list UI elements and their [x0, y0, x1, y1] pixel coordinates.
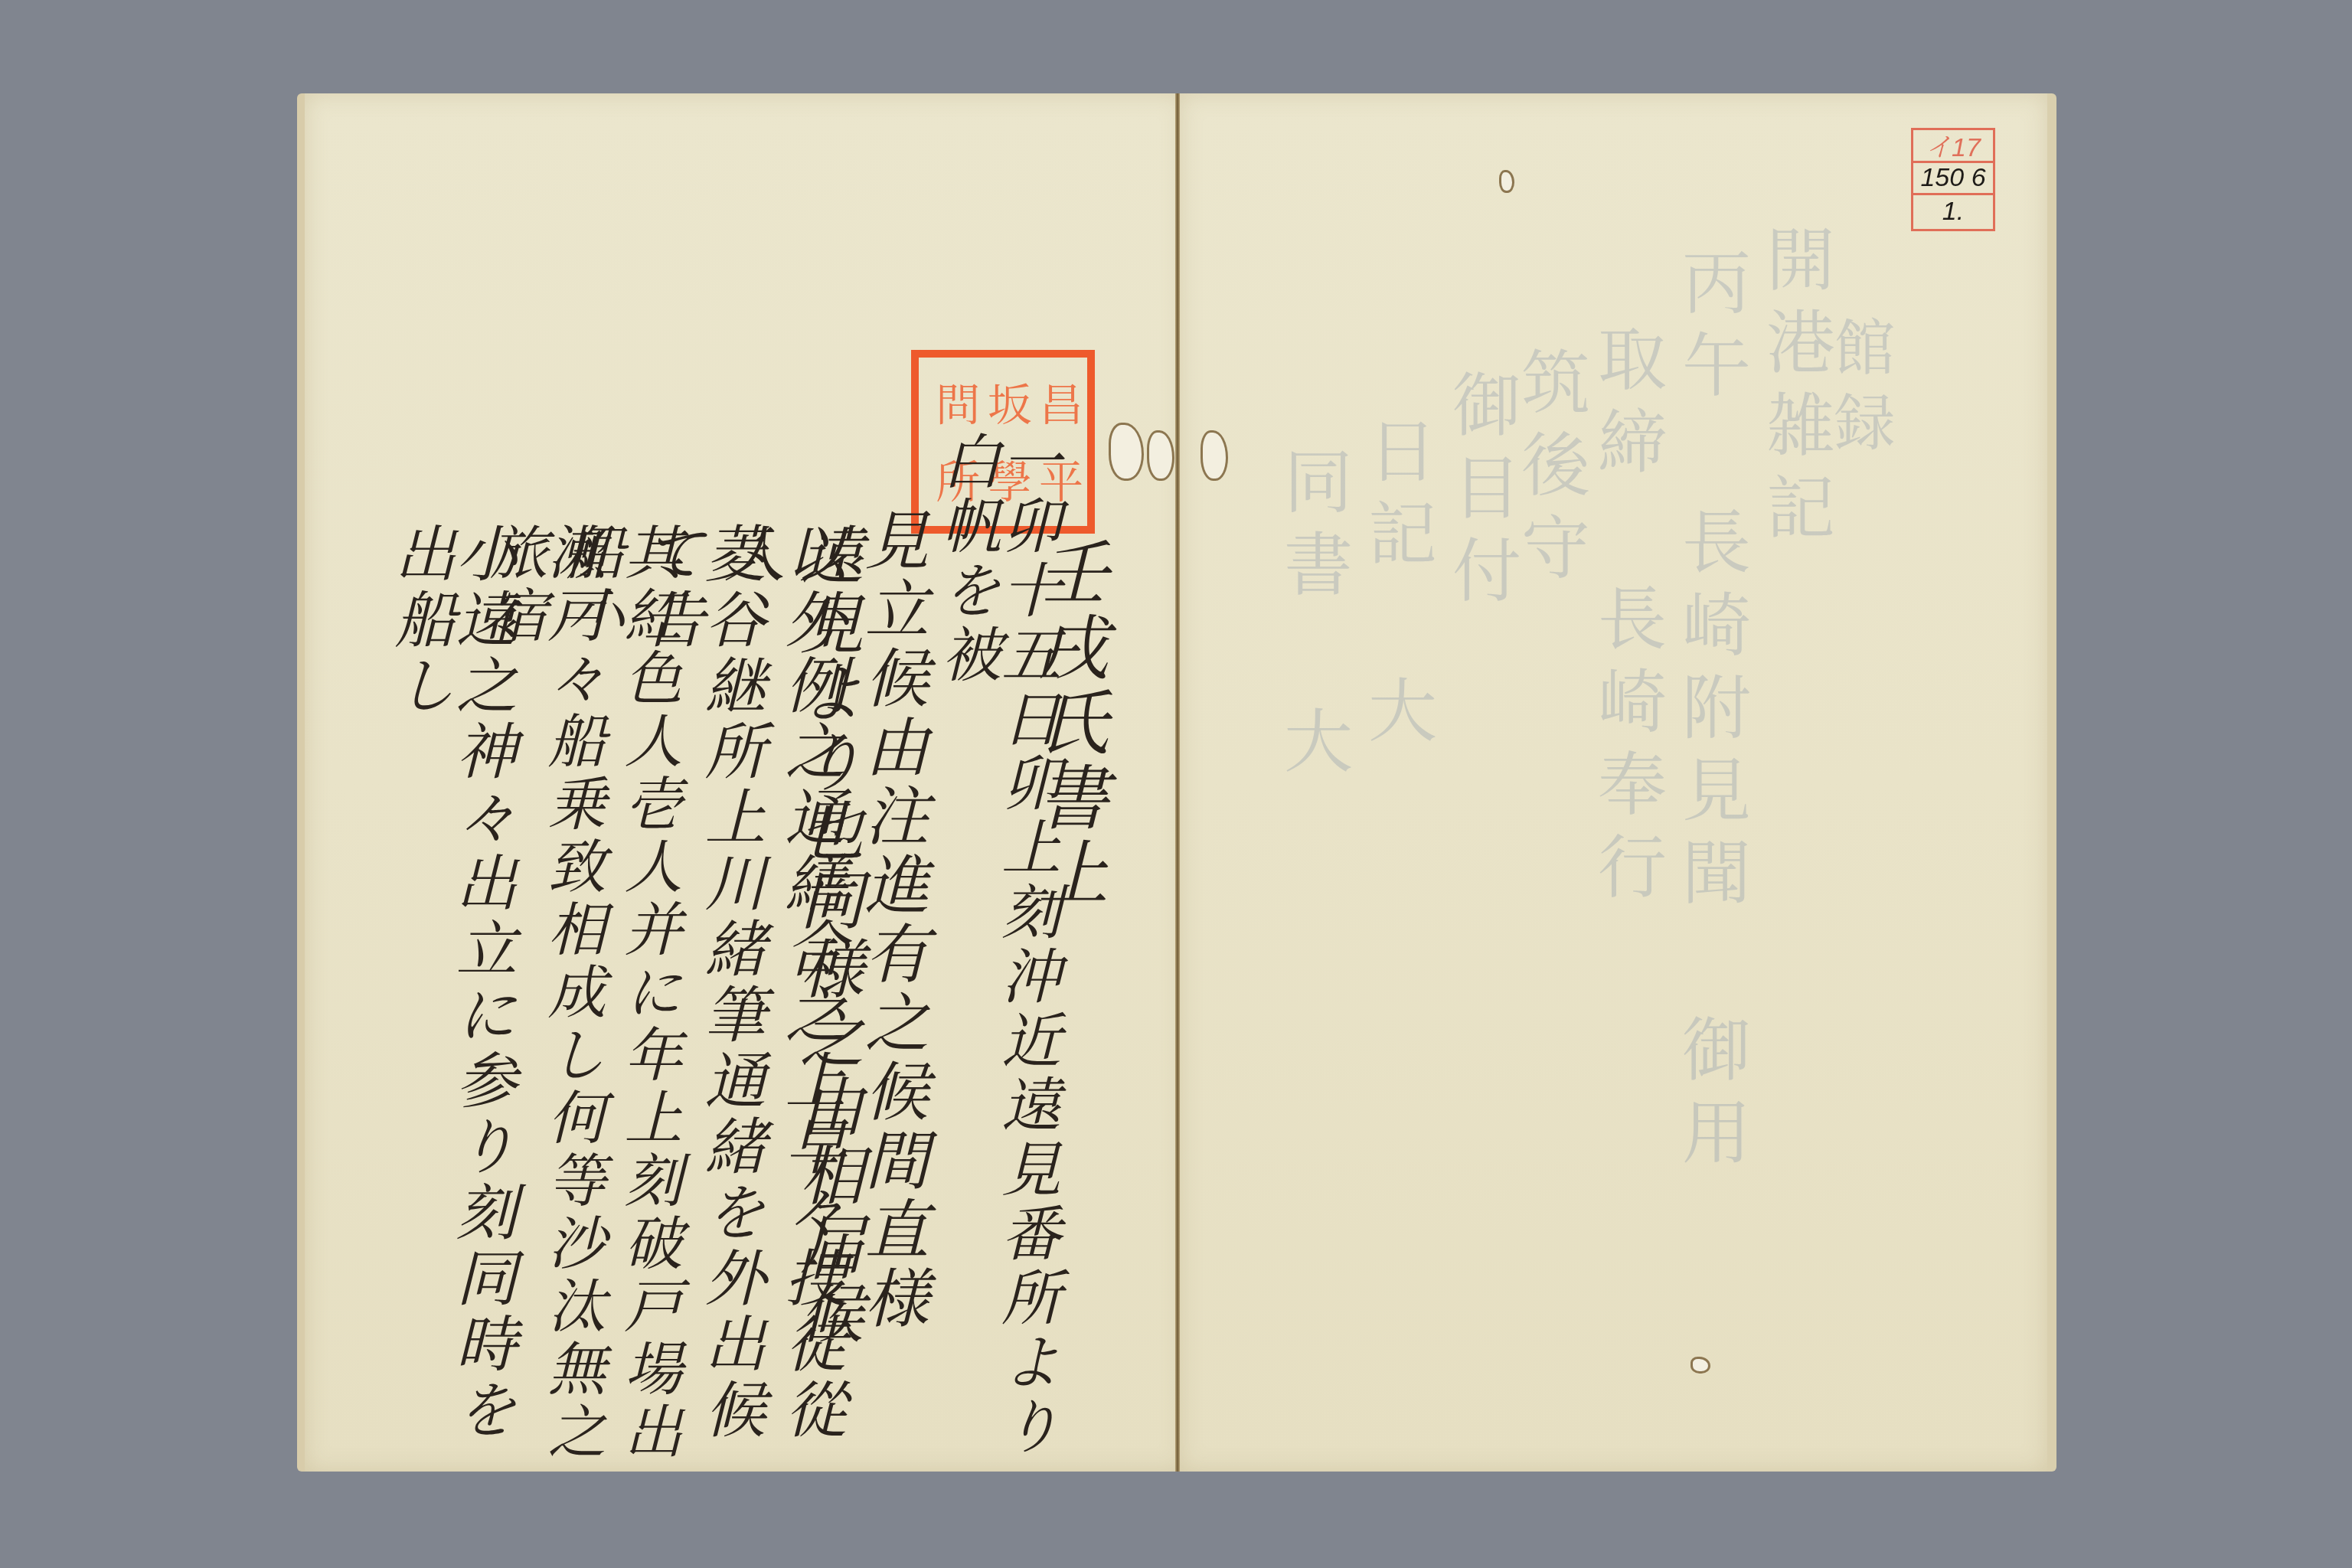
book-spine [1175, 93, 1180, 1472]
catalog-label-row: 1. [1913, 195, 1993, 228]
text-column: 見立候由注進有之候間直様 [860, 507, 924, 1334]
text-column: 一卯十五日卯上刻沖近遠見番所より白帆を被 [936, 430, 1056, 1472]
bleed-through-text: 筑後守 [1514, 346, 1583, 594]
text-column: 小遠之神々出立に参り刻同時を出船し [389, 522, 511, 1472]
wormhole [1499, 170, 1514, 193]
wormhole [1690, 1357, 1710, 1374]
bleed-through-text: 丙午 長崎附見聞 御用 [1675, 247, 1744, 1179]
bleed-through-text: 日記 大 [1361, 415, 1430, 757]
bleed-through-text: 開港雑記 [1759, 224, 1828, 554]
bleed-through-text: 同書 大 [1277, 446, 1346, 788]
bleed-through-text: 館録 [1828, 315, 1890, 465]
bleed-through-text: 御目付 [1445, 369, 1514, 617]
catalog-label: イ17 150 6 1. [1911, 128, 1995, 231]
bleed-through-text: 取締 長崎奉行 [1591, 323, 1660, 913]
catalog-label-row: 150 6 [1913, 163, 1993, 196]
catalog-label-row: イ17 [1913, 130, 1993, 163]
open-book: 開港雑記 館録 丙午 長崎附見聞 御用 取締 長崎奉行 筑後守 御目付 日記 大… [297, 93, 2047, 1472]
